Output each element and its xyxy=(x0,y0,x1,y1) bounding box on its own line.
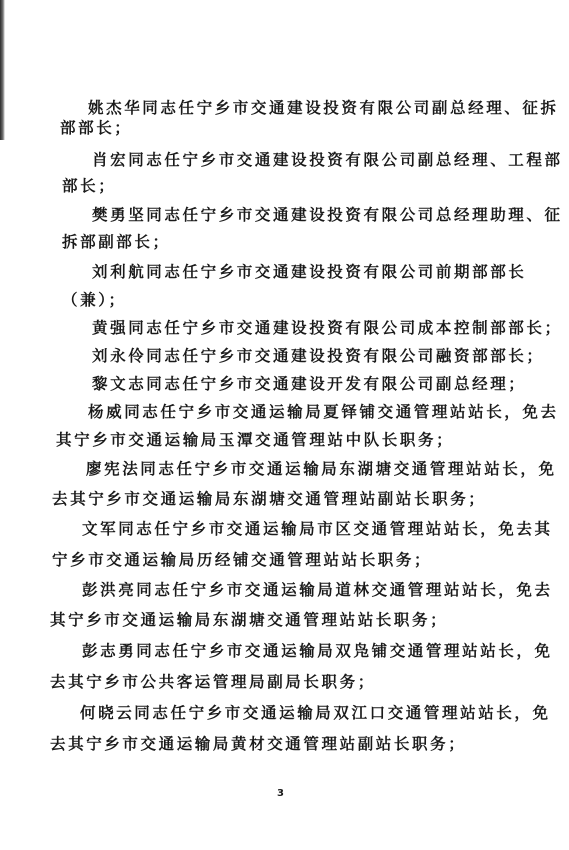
paragraph-12-line-2: 去其宁乡市公共客运管理局副局长职务； xyxy=(50,672,376,692)
paragraph-9-line-1: 廖宪法同志任宁乡市交通运输局东湖塘交通管理站站长，免 xyxy=(86,459,557,479)
paragraph-10-line-2: 宁乡市交通运输局历经铺交通管理站站长职务； xyxy=(52,550,432,570)
paragraph-3-line-1: 樊勇坚同志任宁乡市交通建设投资有限公司总经理助理、征 xyxy=(92,205,563,225)
paragraph-11-line-1: 彭洪亮同志任宁乡市交通运输局道林交通管理站站长，免去 xyxy=(82,580,553,600)
paragraph-9-line-2: 去其宁乡市交通运输局东湖塘交通管理站副站长职务； xyxy=(52,489,486,509)
paragraph-8-line-2: 其宁乡市交通运输局玉潭交通管理站中队长职务； xyxy=(56,430,454,450)
document-page: 姚杰华同志任宁乡市交通建设投资有限公司副总经理、征拆 部部长； 肖宏同志任宁乡市… xyxy=(0,0,569,850)
paragraph-1-line-2: 部部长； xyxy=(60,118,132,138)
paragraph-4-line-2: （兼）； xyxy=(62,290,127,310)
paragraph-11-line-2: 其宁乡市交通运输局东湖塘交通管理站站长职务； xyxy=(50,610,448,630)
paragraph-12-line-1: 彭志勇同志任宁乡市交通运输局双凫铺交通管理站站长，免 xyxy=(82,641,553,661)
paragraph-1-line-1: 姚杰华同志任宁乡市交通建设投资有限公司副总经理、征拆 xyxy=(88,98,559,118)
paragraph-13-line-1: 何晓云同志任宁乡市交通运输局双江口交通管理站站长，免 xyxy=(80,703,551,723)
paragraph-5-line-1: 黄强同志任宁乡市交通建设投资有限公司成本控制部部长； xyxy=(92,318,563,338)
paragraph-10-line-1: 文军同志任宁乡市交通运输局市区交通管理站站长，免去其 xyxy=(82,519,553,539)
paragraph-13-line-2: 去其宁乡市交通运输局黄材交通管理站副站长职务； xyxy=(50,734,466,754)
paragraph-8-line-1: 杨威同志任宁乡市交通运输局夏铎铺交通管理站站长，免去 xyxy=(88,402,559,422)
paragraph-6-line-1: 刘永伶同志任宁乡市交通建设投资有限公司融资部部长； xyxy=(92,346,545,366)
paragraph-2-line-1: 肖宏同志任宁乡市交通建设投资有限公司副总经理、工程部 xyxy=(92,150,563,170)
paragraph-3-line-2: 拆部副部长； xyxy=(62,232,171,252)
paragraph-7-line-1: 黎文志同志任宁乡市交通建设开发有限公司副总经理； xyxy=(92,374,526,394)
paragraph-4-line-1: 刘利航同志任宁乡市交通建设投资有限公司前期部部长 xyxy=(92,262,526,282)
paragraph-2-line-2: 部长； xyxy=(62,176,116,196)
page-number: 3 xyxy=(277,788,284,799)
